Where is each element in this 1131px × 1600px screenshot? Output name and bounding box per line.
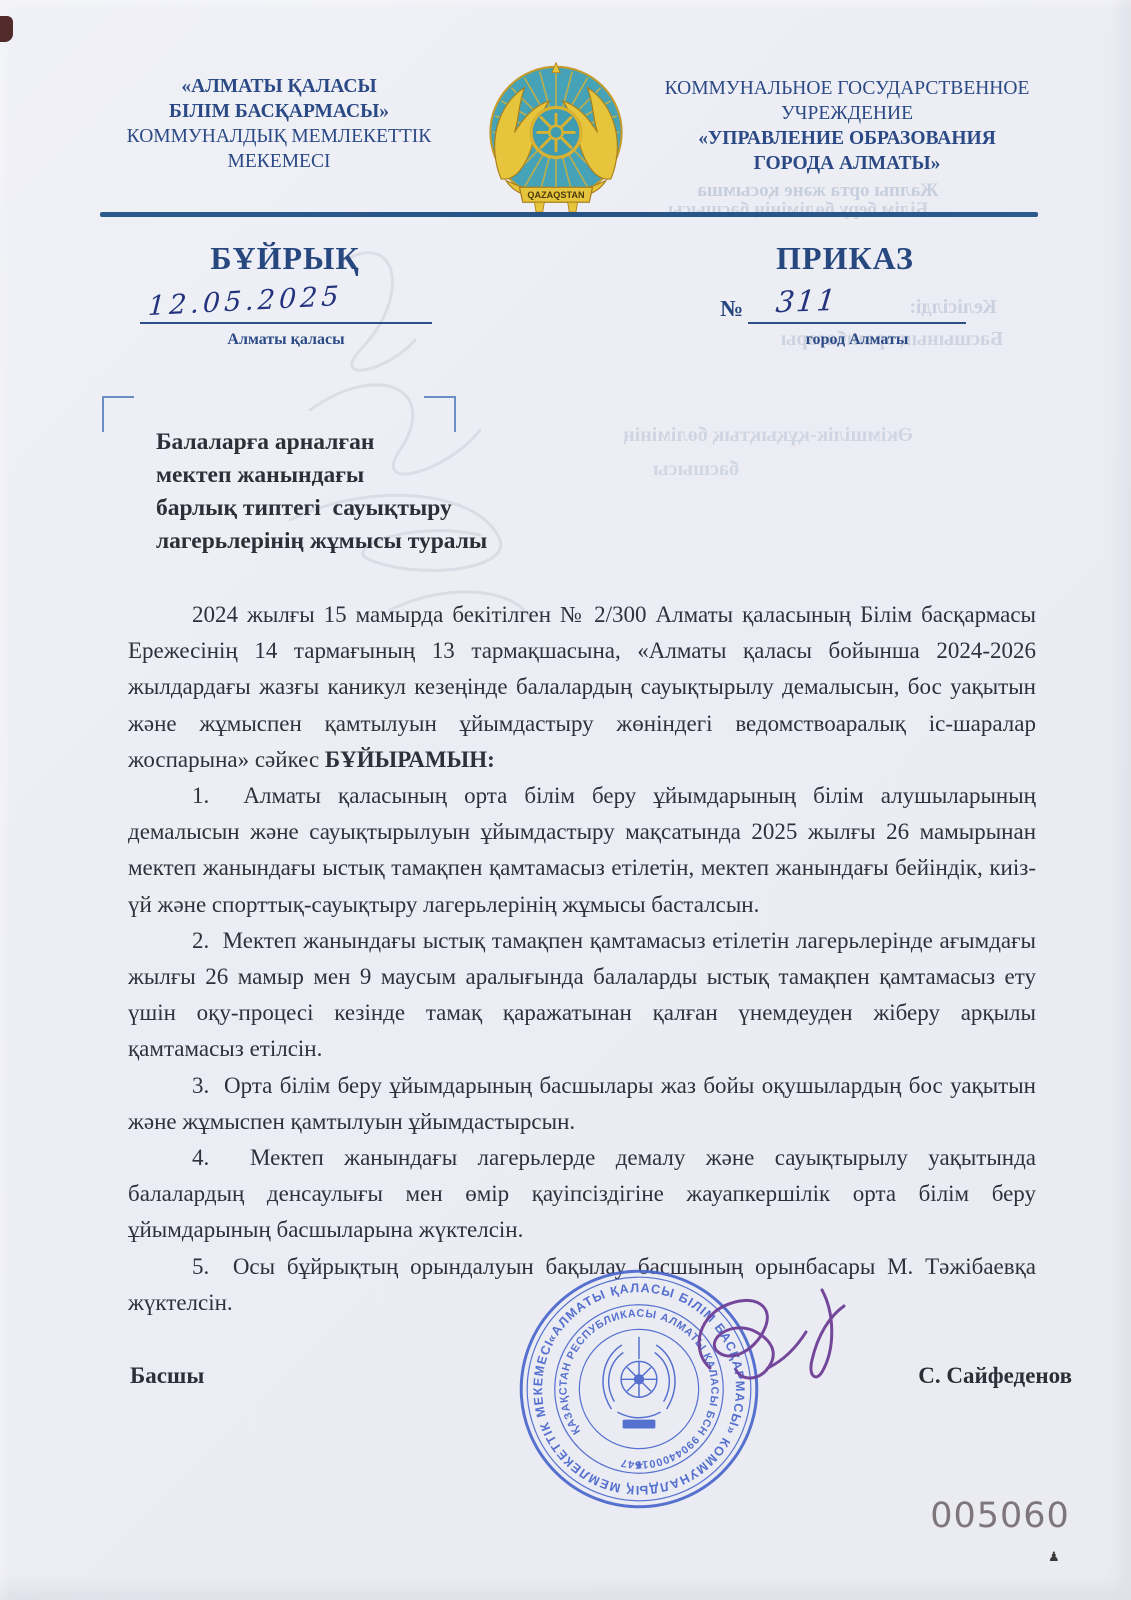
org-ru-line: КОММУНАЛЬНОЕ ГОСУДАРСТВЕННОЕ [628, 76, 1066, 101]
letterhead-divider [100, 212, 1038, 217]
order-body: 2024 жылғы 15 мамырда бекітілген № 2/300… [128, 597, 1036, 1321]
scan-edge-artifact [0, 16, 13, 42]
org-name-kazakh: «АЛМАТЫ ҚАЛАСЫ БІЛІМ БАСҚАРМАСЫ» КОММУНА… [88, 74, 470, 174]
place-label-russian: город Алматы [748, 331, 966, 349]
bleedthrough-text: Әкімшілік-құқықтық бөлімінің [588, 424, 948, 447]
order-item-1: 1. Алматы қаласының орта білім беру ұйым… [128, 778, 1036, 923]
order-subject: Балаларға арналған мектеп жанындағы барл… [156, 426, 556, 558]
subject-line: лагерьлерінің жұмысы туралы [156, 525, 556, 558]
date-underline [140, 322, 432, 324]
subject-line: барлық типтегі сауықтыру [156, 492, 556, 525]
number-sign: № [720, 296, 743, 322]
subject-line: Балаларға арналған [156, 426, 556, 459]
bleedthrough-text: Келісілді: [868, 296, 1038, 319]
org-ru-line: «УПРАВЛЕНИЕ ОБРАЗОВАНИЯ [628, 126, 1066, 151]
org-ru-line: ГОРОДА АЛМАТЫ» [628, 151, 1066, 176]
scanned-order-document: Жалпы орта және қосымша Білім беру бөлім… [0, 0, 1131, 1600]
order-title-kazakh: БҰЙРЫҚ [170, 240, 400, 277]
org-kk-line: «АЛМАТЫ ҚАЛАСЫ [88, 74, 470, 99]
org-ru-line: УЧРЕЖДЕНИЕ [628, 101, 1066, 126]
org-kk-line: БІЛІМ БАСҚАРМАСЫ» [88, 99, 470, 124]
signer-position-label: Басшы [130, 1363, 204, 1389]
org-name-russian: КОММУНАЛЬНОЕ ГОСУДАРСТВЕННОЕ УЧРЕЖДЕНИЕ … [628, 76, 1066, 176]
form-serial-number: 005060 [930, 1496, 1070, 1536]
kazakhstan-coat-of-arms-icon: QAZAQSTAN [472, 56, 640, 218]
handwritten-date: 12.05.2025 [147, 281, 343, 322]
bleedthrough-text: басшысы [596, 458, 796, 481]
subject-line: мектеп жанындағы [156, 459, 556, 492]
handwritten-signature [672, 1272, 872, 1412]
intro-paragraph: 2024 жылғы 15 мамырда бекітілген № 2/300… [128, 597, 1036, 778]
order-item-3: 3. Орта білім беру ұйымдарының басшылары… [128, 1068, 1036, 1140]
print-artifact-mark: ♟ [1048, 1549, 1060, 1565]
order-item-4: 4. Мектеп жанындағы лагерьлерде демалу ж… [128, 1140, 1036, 1249]
signer-name: С. Сайфеденов [872, 1363, 1072, 1389]
bleedthrough-text: Жалпы орта және қосымша [648, 180, 988, 202]
handwritten-order-number: 311 [774, 283, 839, 319]
emblem-banner-label: QAZAQSTAN [527, 190, 584, 200]
org-kk-line: КОММУНАЛДЫҚ МЕМЛЕКЕТТІК [88, 124, 470, 149]
order-item-2: 2. Мектеп жанындағы ыстық тамақпен қамта… [128, 923, 1036, 1068]
number-underline [748, 322, 966, 324]
registration-corner-mark [102, 396, 134, 432]
order-keyword: БҰЙЫРАМЫН: [325, 747, 495, 772]
intro-text: 2024 жылғы 15 мамырда бекітілген № 2/300… [128, 602, 1036, 772]
order-title-russian: ПРИКАЗ [730, 240, 960, 277]
stamp-star: ★ [634, 1458, 645, 1472]
place-label-kazakh: Алматы қаласы [140, 331, 432, 349]
bleedthrough-text: Білім беру бөлімінің басшысы [608, 199, 988, 221]
org-kk-line: МЕКЕМЕСІ [88, 149, 470, 174]
